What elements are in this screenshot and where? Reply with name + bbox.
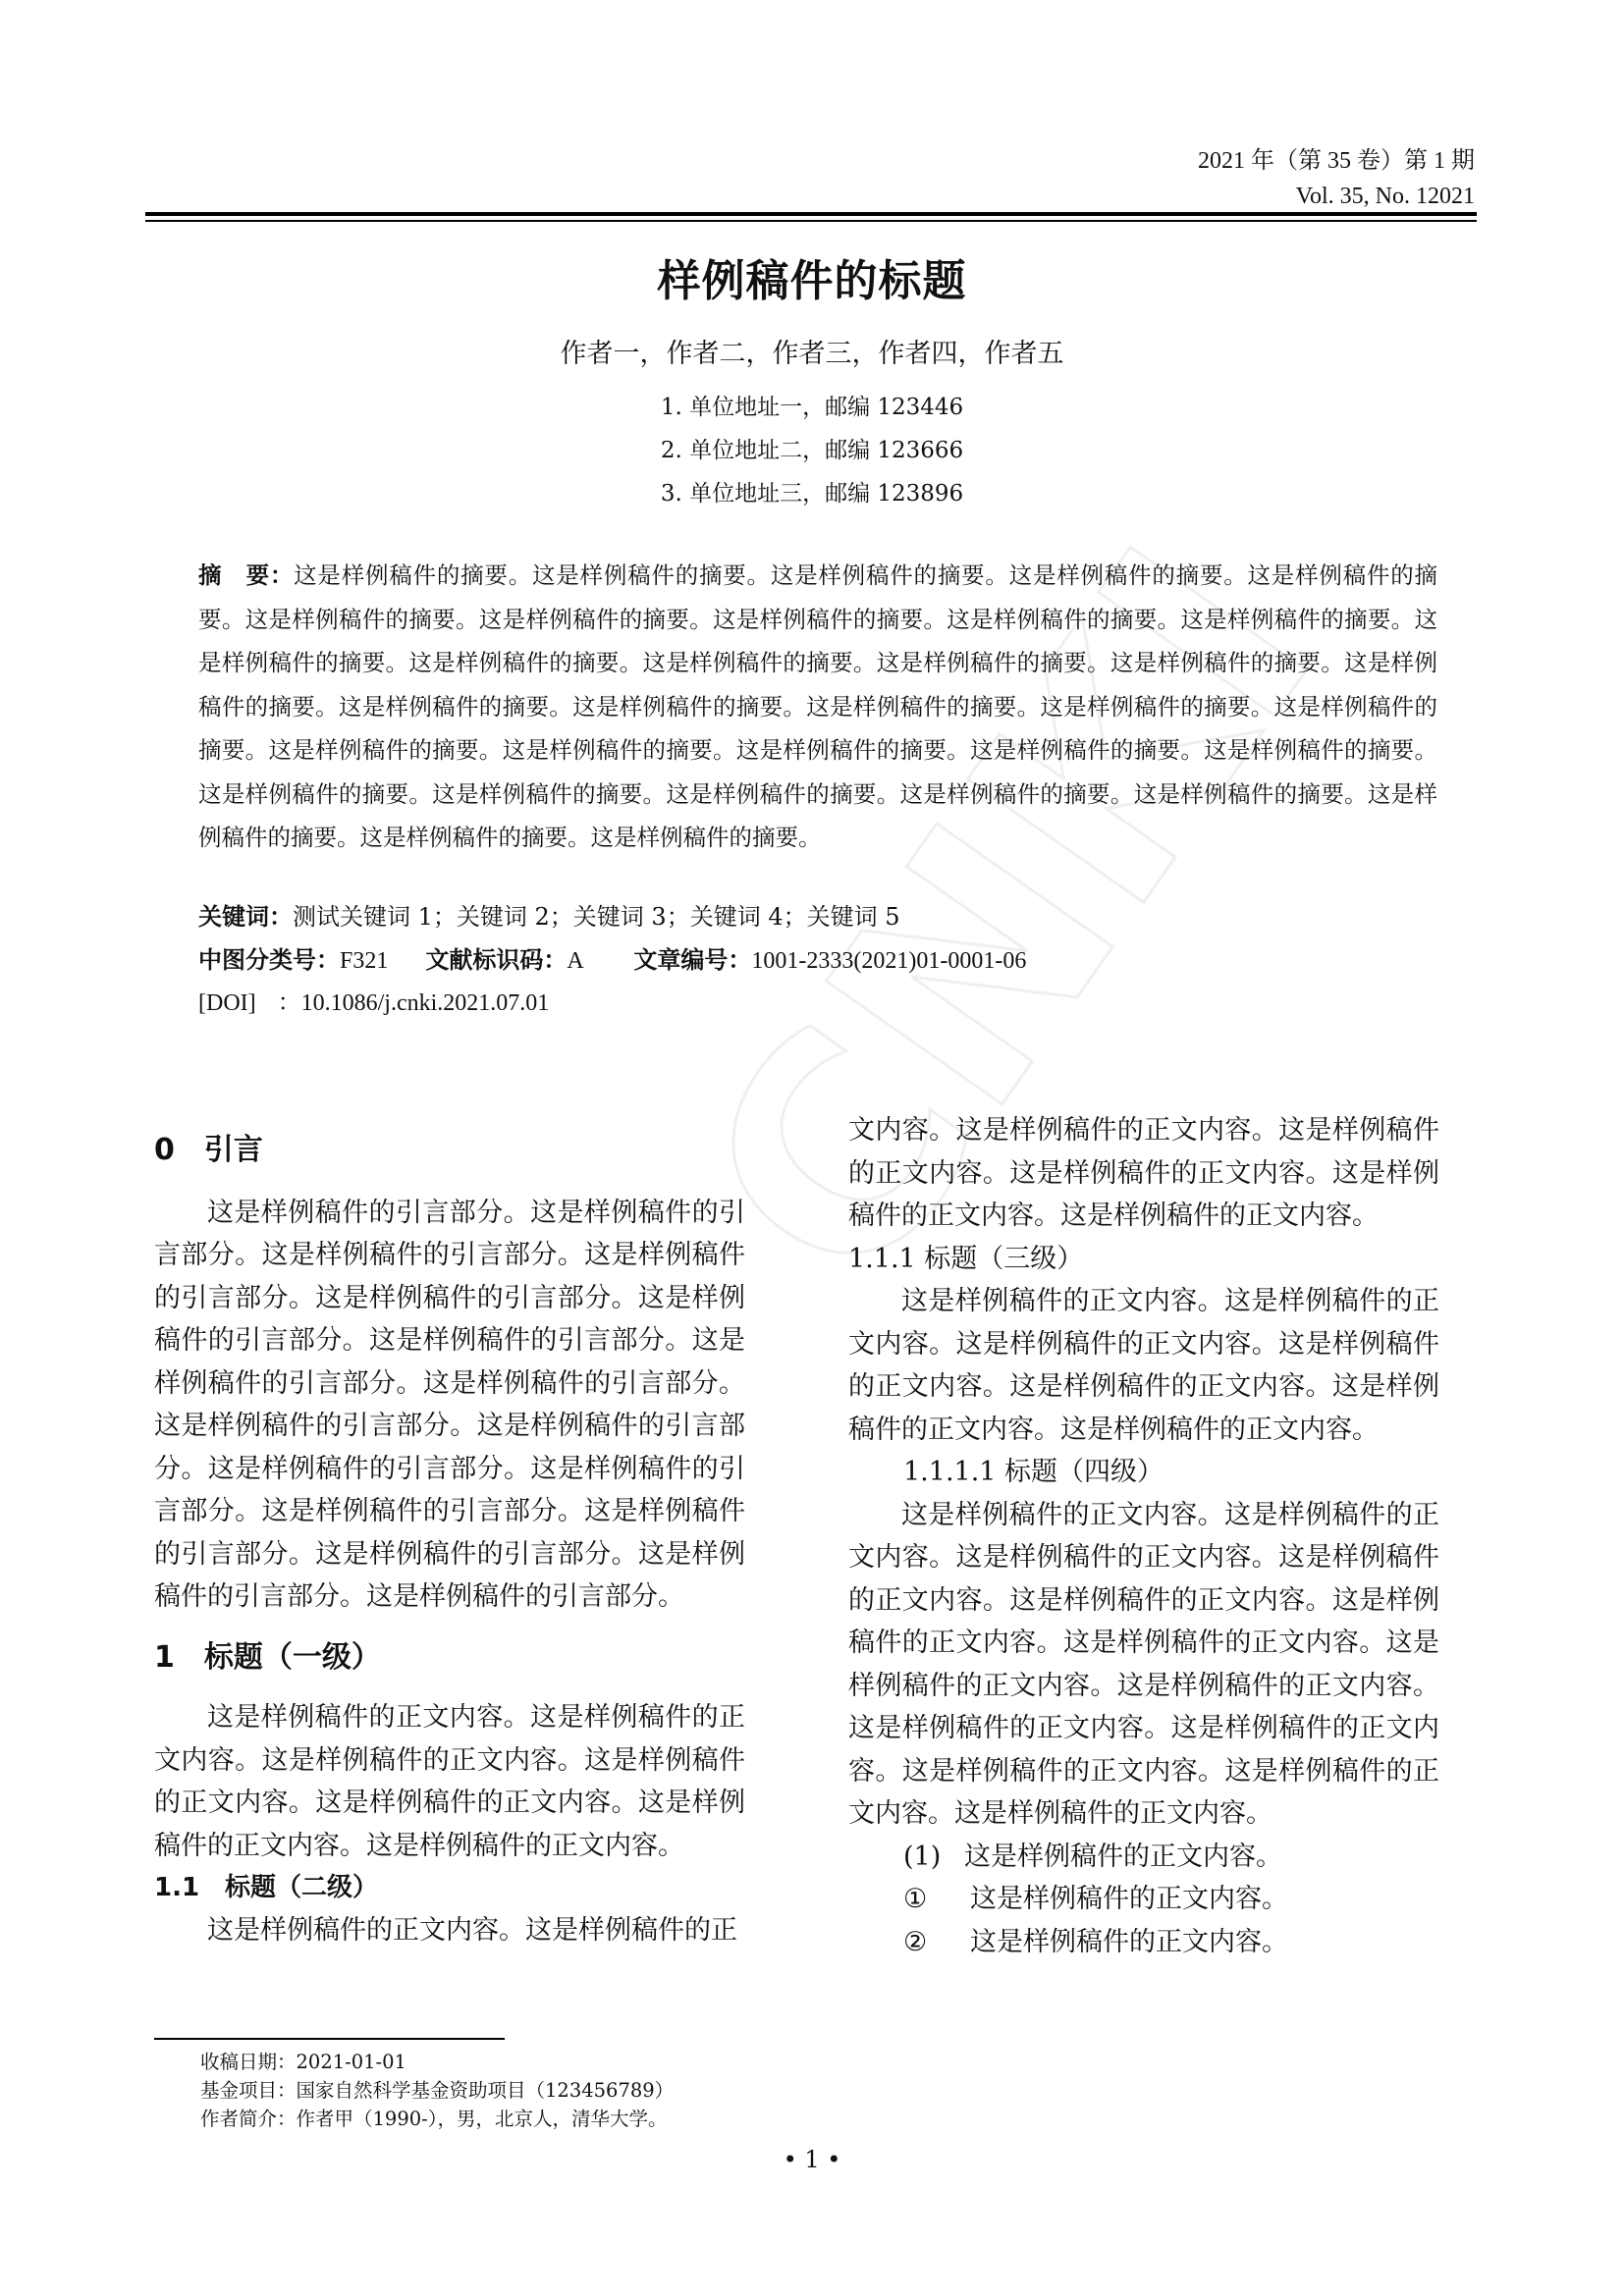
affiliation-2: 2. 单位地址二，邮编 123666 (0, 432, 1624, 464)
section-1-1-1-text: 这是样例稿件的正文内容。这是样例稿件的正文内容。这是样例稿件的正文内容。这是样例… (848, 1280, 1439, 1451)
page-number: • 1 • (0, 2146, 1624, 2173)
header-rule-thick (145, 212, 1477, 216)
abstract-label: 摘 要： (198, 561, 294, 589)
section-1-text: 这是样例稿件的正文内容。这是样例稿件的正文内容。这是样例稿件的正文内容。这是样例… (154, 1696, 745, 1867)
paper-title: 样例稿件的标题 (0, 245, 1624, 308)
author-list: 作者一，作者二，作者三，作者四，作者五 (0, 332, 1624, 370)
list-text: 这是样例稿件的正文内容。 (970, 1884, 1288, 1914)
keywords-text: 测试关键词 1；关键词 2；关键词 3；关键词 4；关键词 5 (293, 903, 900, 931)
section-1-1-1-heading: 1.1.1 标题（三级） (848, 1238, 1439, 1281)
footnote-funding: 基金项目：国家自然科学基金资助项目（123456789） (200, 2076, 674, 2105)
header-rule-thin (145, 220, 1477, 222)
issue-en: Vol. 35, No. 12021 (1198, 179, 1475, 214)
abstract: 摘 要：这是样例稿件的摘要。这是样例稿件的摘要。这是样例稿件的摘要。这是样例稿件… (198, 554, 1437, 860)
section-1-1-heading: 1.1 标题（二级） (154, 1867, 745, 1909)
list-item: (1)这是样例稿件的正文内容。 (848, 1836, 1439, 1879)
section-1-1-1-1-heading: 1.1.1.1 标题（四级） (848, 1451, 1439, 1494)
section-0-text: 这是样例稿件的引言部分。这是样例稿件的引言部分。这是样例稿件的引言部分。这是样例… (154, 1192, 745, 1619)
left-column: 0 引言 这是样例稿件的引言部分。这是样例稿件的引言部分。这是样例稿件的引言部分… (154, 1129, 745, 1952)
keywords: 关键词：测试关键词 1；关键词 2；关键词 3；关键词 4；关键词 5 (198, 895, 900, 938)
section-0-heading: 0 引言 (154, 1129, 745, 1172)
keywords-label: 关键词： (198, 903, 293, 931)
clc-label: 中图分类号： (198, 946, 340, 974)
issue-cn: 2021 年（第 35 卷）第 1 期 (1198, 143, 1475, 179)
list-marker: (1) (903, 1836, 964, 1879)
list-marker: ② (903, 1921, 970, 1964)
list-item: ②这是样例稿件的正文内容。 (848, 1921, 1439, 1964)
section-1-1-text: 这是样例稿件的正文内容。这是样例稿件的正 (154, 1909, 745, 1952)
footnote-received-date: 收稿日期：2021-01-01 (200, 2048, 674, 2076)
list-text: 这是样例稿件的正文内容。 (964, 1842, 1282, 1872)
list-marker: ① (903, 1878, 970, 1921)
footnote-rule (154, 2038, 505, 2040)
doc-code-value: A (567, 948, 582, 974)
section-1-1-1-1-text: 这是样例稿件的正文内容。这是样例稿件的正文内容。这是样例稿件的正文内容。这是样例… (848, 1494, 1439, 1836)
journal-issue-header: 2021 年（第 35 卷）第 1 期 Vol. 35, No. 12021 (1198, 143, 1475, 214)
doi-label: [DOI] (198, 990, 256, 1016)
section-1-heading: 1 标题（一级） (154, 1636, 745, 1680)
doi-line: [DOI]：10.1086/j.cnki.2021.07.01 (198, 982, 549, 1025)
article-no-label: 文章编号： (633, 946, 751, 974)
article-no-value: 1001-2333(2021)01-0001-06 (751, 948, 1026, 974)
footnotes: 收稿日期：2021-01-01 基金项目：国家自然科学基金资助项目（123456… (200, 2048, 674, 2133)
doc-code-label: 文献标识码： (425, 946, 567, 974)
clc-value: F321 (340, 948, 388, 974)
affiliation-3: 3. 单位地址三，邮编 123896 (0, 475, 1624, 507)
right-column: 文内容。这是样例稿件的正文内容。这是样例稿件的正文内容。这是样例稿件的正文内容。… (848, 1109, 1439, 1963)
doi-value: ：10.1086/j.cnki.2021.07.01 (278, 990, 550, 1016)
classification-line: 中图分类号：F321 文献标识码：A 文章编号：1001-2333(2021)0… (198, 938, 1026, 983)
list-text: 这是样例稿件的正文内容。 (970, 1927, 1288, 1957)
section-1-1-text-cont: 文内容。这是样例稿件的正文内容。这是样例稿件的正文内容。这是样例稿件的正文内容。… (848, 1109, 1439, 1238)
footnote-author-bio: 作者简介：作者甲（1990-），男，北京人，清华大学。 (200, 2105, 674, 2133)
affiliation-1: 1. 单位地址一，邮编 123446 (0, 389, 1624, 421)
abstract-text: 这是样例稿件的摘要。这是样例稿件的摘要。这是样例稿件的摘要。这是样例稿件的摘要。… (198, 561, 1437, 851)
list-item: ①这是样例稿件的正文内容。 (848, 1878, 1439, 1921)
